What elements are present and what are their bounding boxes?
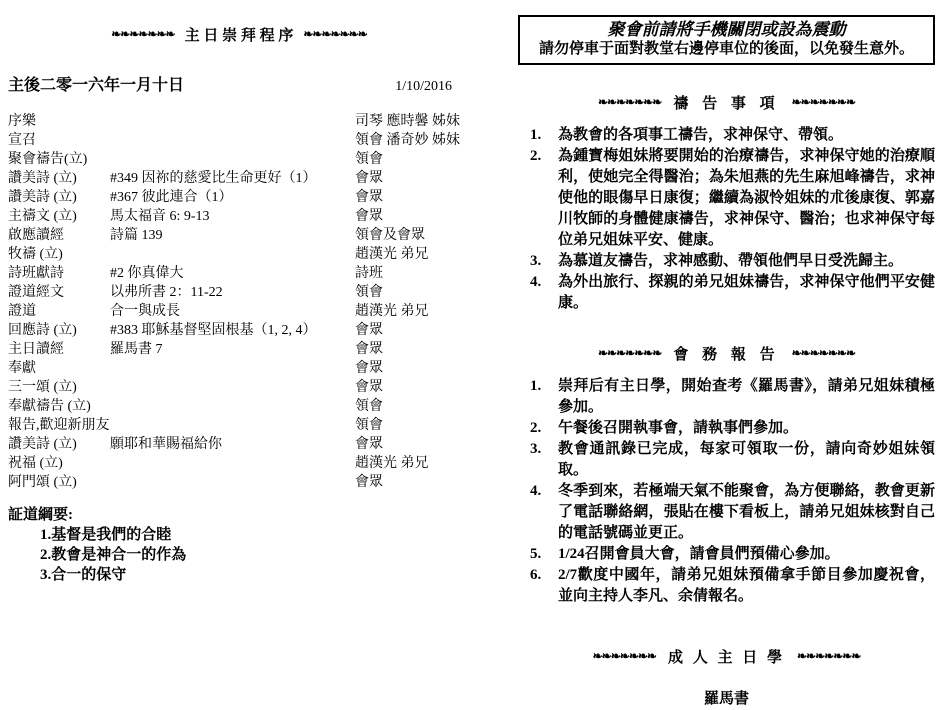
program-item: 序樂 [8, 112, 110, 131]
program-role: 趙漢光 弟兄 [355, 302, 470, 321]
ornament-icon: ❧❧❧❧❧❧❧ [797, 649, 860, 664]
program-row: 詩班獻詩#2 你真偉大詩班 [8, 264, 470, 283]
program-role: 會眾 [355, 340, 470, 359]
report-heading-row: ❧❧❧❧❧❧❧ 會 務 報 告 ❧❧❧❧❧❧❧ [518, 343, 935, 364]
worship-program-section: ❧❧❧❧❧❧❧ 主 日 崇 拜 程 序 ❧❧❧❧❧❧❧ 主後二零一六年一月十日 … [8, 24, 470, 585]
program-content [110, 359, 355, 378]
program-row: 主禱文 (立)馬太福音 6: 9-13會眾 [8, 207, 470, 226]
prayer-heading: 禱 告 事 項 [673, 92, 779, 113]
item-number: 1. [530, 125, 558, 146]
prayer-list: 1.為教會的各項事工禱告，求神保守、帶領。2.為鍾寶梅姐妹將要開始的治療禱告，求… [518, 125, 935, 314]
ornament-icon: ❧❧❧❧❧❧❧ [598, 346, 661, 361]
program-row: 證道經文以弗所書 2：11-22領會 [8, 283, 470, 302]
item-number: 2. [530, 146, 558, 251]
item-text: 為教會的各項事工禱告，求神保守、帶領。 [558, 125, 935, 146]
item-text: 為慕道友禱告，求神感動、帶領他們早日受洗歸主。 [558, 251, 935, 272]
program-content: 願耶和華賜福給你 [110, 435, 355, 454]
program-item: 讚美詩 (立) [8, 169, 110, 188]
program-row: 回應詩 (立)#383 耶穌基督堅固根基（1, 2, 4）會眾 [8, 321, 470, 340]
program-role: 領會 潘奇妙 姊妹 [355, 131, 470, 150]
date-chinese: 主後二零一六年一月十日 [8, 72, 184, 95]
program-role: 領會及會眾 [355, 226, 470, 245]
program-item: 證道 [8, 302, 110, 321]
program-content: 以弗所書 2：11-22 [110, 283, 355, 302]
item-number: 1. [530, 376, 558, 418]
program-content [110, 416, 355, 435]
item-number: 2. [530, 418, 558, 439]
program-table: 序樂司琴 應時馨 姊妹宣召領會 潘奇妙 姊妹聚會禱告(立)領會讚美詩 (立)#3… [8, 112, 470, 492]
program-content [110, 245, 355, 264]
program-row: 牧禱 (立)趙漢光 弟兄 [8, 245, 470, 264]
program-role: 會眾 [355, 169, 470, 188]
program-title: 主 日 崇 拜 程 序 [185, 24, 294, 45]
program-row: 阿門頌 (立)會眾 [8, 473, 470, 492]
ornament-icon: ❧❧❧❧❧❧❧ [598, 95, 661, 110]
program-role: 會眾 [355, 188, 470, 207]
ornament-icon: ❧❧❧❧❧❧❧ [303, 27, 366, 42]
notice-line2: 請勿停車于面對教堂右邊停車位的後面，以免發生意外。 [524, 40, 929, 59]
prayer-heading-row: ❧❧❧❧❧❧❧ 禱 告 事 項 ❧❧❧❧❧❧❧ [518, 92, 935, 113]
announcements-section: 聚會前請將手機關閉或設為震動 請勿停車于面對教堂右邊停車位的後面，以免發生意外。… [518, 15, 935, 708]
program-item: 啟應讀經 [8, 226, 110, 245]
program-role: 趙漢光 弟兄 [355, 454, 470, 473]
ornament-icon: ❧❧❧❧❧❧❧ [111, 27, 174, 42]
program-row: 祝福 (立)趙漢光 弟兄 [8, 454, 470, 473]
item-number: 6. [530, 565, 558, 607]
program-content: 羅馬書 7 [110, 340, 355, 359]
program-item: 讚美詩 (立) [8, 435, 110, 454]
program-role: 司琴 應時馨 姊妹 [355, 112, 470, 131]
program-role: 領會 [355, 283, 470, 302]
program-row: 報告,歡迎新朋友領會 [8, 416, 470, 435]
notice-box: 聚會前請將手機關閉或設為震動 請勿停車于面對教堂右邊停車位的後面，以免發生意外。 [518, 15, 935, 65]
program-content: 詩篇 139 [110, 226, 355, 245]
program-content [110, 150, 355, 169]
program-item: 宣召 [8, 131, 110, 150]
church-bulletin-page: ❧❧❧❧❧❧❧ 主 日 崇 拜 程 序 ❧❧❧❧❧❧❧ 主後二零一六年一月十日 … [0, 0, 944, 710]
item-text: 1/24召開會員大會，請會員們預備心參加。 [558, 544, 935, 565]
program-role: 會眾 [355, 378, 470, 397]
program-item: 牧禱 (立) [8, 245, 110, 264]
program-item: 主日讀經 [8, 340, 110, 359]
ornament-icon: ❧❧❧❧❧❧❧ [593, 649, 656, 664]
item-text: 2/7歡度中國年，請弟兄姐妹預備拿手節目參加慶祝會，並向主持人李凡、余倩報名。 [558, 565, 935, 607]
prayer-item: 4.為外出旅行、探親的弟兄姐妹禱告，求神保守他們平安健康。 [518, 272, 935, 314]
program-item: 奉獻禱告 (立) [8, 397, 110, 416]
prayer-item: 1.為教會的各項事工禱告，求神保守、帶領。 [518, 125, 935, 146]
outline-point: 1.基督是我們的合睦 [40, 525, 470, 545]
prayer-item: 2.為鍾寶梅姐妹將要開始的治療禱告，求神保守她的治療順利，使她完全得醫治；為朱旭… [518, 146, 935, 251]
program-row: 證道合一與成長趙漢光 弟兄 [8, 302, 470, 321]
program-role: 會眾 [355, 321, 470, 340]
sermon-outline: 証道綱要: 1.基督是我們的合睦2.教會是神合一的作為3.合一的保守 [8, 505, 470, 585]
date-numeric: 1/10/2016 [395, 79, 452, 95]
report-heading: 會 務 報 告 [673, 343, 779, 364]
program-role: 領會 [355, 150, 470, 169]
program-row: 讚美詩 (立)願耶和華賜福給你會眾 [8, 435, 470, 454]
program-row: 讚美詩 (立)#367 彼此連合（1）會眾 [8, 188, 470, 207]
program-content: 合一與成長 [110, 302, 355, 321]
date-row: 主後二零一六年一月十日 1/10/2016 [8, 72, 470, 95]
outline-point: 2.教會是神合一的作為 [40, 545, 470, 565]
program-content: #2 你真偉大 [110, 264, 355, 283]
program-item: 報告,歡迎新朋友 [8, 416, 110, 435]
program-role: 會眾 [355, 435, 470, 454]
adult-class-heading: 成 人 主 日 學 [668, 646, 785, 667]
report-list: 1.崇拜后有主日學，開始查考《羅馬書》，請弟兄姐妹積極參加。2.午餐後召開執事會… [518, 376, 935, 607]
ornament-icon: ❧❧❧❧❧❧❧ [792, 346, 855, 361]
program-content [110, 131, 355, 150]
program-content: #383 耶穌基督堅固根基（1, 2, 4） [110, 321, 355, 340]
outline-point: 3.合一的保守 [40, 565, 470, 585]
item-number: 5. [530, 544, 558, 565]
program-role: 會眾 [355, 473, 470, 492]
program-row: 主日讀經羅馬書 7會眾 [8, 340, 470, 359]
report-item: 5.1/24召開會員大會，請會員們預備心參加。 [518, 544, 935, 565]
program-row: 奉獻禱告 (立)領會 [8, 397, 470, 416]
prayer-item: 3.為慕道友禱告，求神感動、帶領他們早日受洗歸主。 [518, 251, 935, 272]
report-item: 3.教會通訊錄已完成，每家可領取一份，請向奇妙姐妹領取。 [518, 439, 935, 481]
program-row: 序樂司琴 應時馨 姊妹 [8, 112, 470, 131]
item-number: 4. [530, 272, 558, 314]
program-row: 讚美詩 (立)#349 因祢的慈愛比生命更好（1）會眾 [8, 169, 470, 188]
item-text: 為鍾寶梅姐妹將要開始的治療禱告，求神保守她的治療順利，使她完全得醫治；為朱旭燕的… [558, 146, 935, 251]
program-role: 趙漢光 弟兄 [355, 245, 470, 264]
program-row: 聚會禱告(立)領會 [8, 150, 470, 169]
program-content: #367 彼此連合（1） [110, 188, 355, 207]
program-item: 奉獻 [8, 359, 110, 378]
program-content: #349 因祢的慈愛比生命更好（1） [110, 169, 355, 188]
sermon-outline-points: 1.基督是我們的合睦2.教會是神合一的作為3.合一的保守 [8, 525, 470, 585]
program-item: 回應詩 (立) [8, 321, 110, 340]
program-role: 領會 [355, 397, 470, 416]
report-item: 1.崇拜后有主日學，開始查考《羅馬書》，請弟兄姐妹積極參加。 [518, 376, 935, 418]
program-row: 奉獻會眾 [8, 359, 470, 378]
item-number: 4. [530, 481, 558, 544]
program-item: 讚美詩 (立) [8, 188, 110, 207]
program-item: 證道經文 [8, 283, 110, 302]
program-role: 會眾 [355, 207, 470, 226]
item-number: 3. [530, 439, 558, 481]
program-item: 阿門頌 (立) [8, 473, 110, 492]
item-text: 崇拜后有主日學，開始查考《羅馬書》，請弟兄姐妹積極參加。 [558, 376, 935, 418]
report-item: 4.冬季到來，若極端天氣不能聚會，為方便聯絡，教會更新了電話聯絡網，張貼在樓下看… [518, 481, 935, 544]
item-text: 為外出旅行、探親的弟兄姐妹禱告，求神保守他們平安健康。 [558, 272, 935, 314]
program-row: 啟應讀經詩篇 139領會及會眾 [8, 226, 470, 245]
notice-line1: 聚會前請將手機關閉或設為震動 [524, 19, 929, 40]
item-text: 午餐後召開執事會，請執事們參加。 [558, 418, 935, 439]
program-content [110, 454, 355, 473]
program-role: 會眾 [355, 359, 470, 378]
report-item: 2.午餐後召開執事會，請執事們參加。 [518, 418, 935, 439]
report-item: 6.2/7歡度中國年，請弟兄姐妹預備拿手節目參加慶祝會，並向主持人李凡、余倩報名… [518, 565, 935, 607]
sermon-outline-title: 証道綱要: [8, 505, 470, 525]
program-item: 祝福 (立) [8, 454, 110, 473]
program-content [110, 397, 355, 416]
program-item: 聚會禱告(立) [8, 150, 110, 169]
program-content [110, 378, 355, 397]
program-role: 詩班 [355, 264, 470, 283]
adult-class-heading-row: ❧❧❧❧❧❧❧ 成 人 主 日 學 ❧❧❧❧❧❧❧ [518, 646, 935, 667]
program-row: 三一頌 (立)會眾 [8, 378, 470, 397]
program-item: 主禱文 (立) [8, 207, 110, 226]
adult-class-content: 羅馬書 [518, 687, 935, 708]
program-item: 三一頌 (立) [8, 378, 110, 397]
item-text: 冬季到來，若極端天氣不能聚會，為方便聯絡，教會更新了電話聯絡網，張貼在樓下看板上… [558, 481, 935, 544]
program-row: 宣召領會 潘奇妙 姊妹 [8, 131, 470, 150]
program-content: 馬太福音 6: 9-13 [110, 207, 355, 226]
item-number: 3. [530, 251, 558, 272]
ornament-icon: ❧❧❧❧❧❧❧ [792, 95, 855, 110]
program-item: 詩班獻詩 [8, 264, 110, 283]
program-role: 領會 [355, 416, 470, 435]
program-title-row: ❧❧❧❧❧❧❧ 主 日 崇 拜 程 序 ❧❧❧❧❧❧❧ [8, 24, 470, 45]
item-text: 教會通訊錄已完成，每家可領取一份，請向奇妙姐妹領取。 [558, 439, 935, 481]
program-content [110, 473, 355, 492]
program-content [110, 112, 355, 131]
